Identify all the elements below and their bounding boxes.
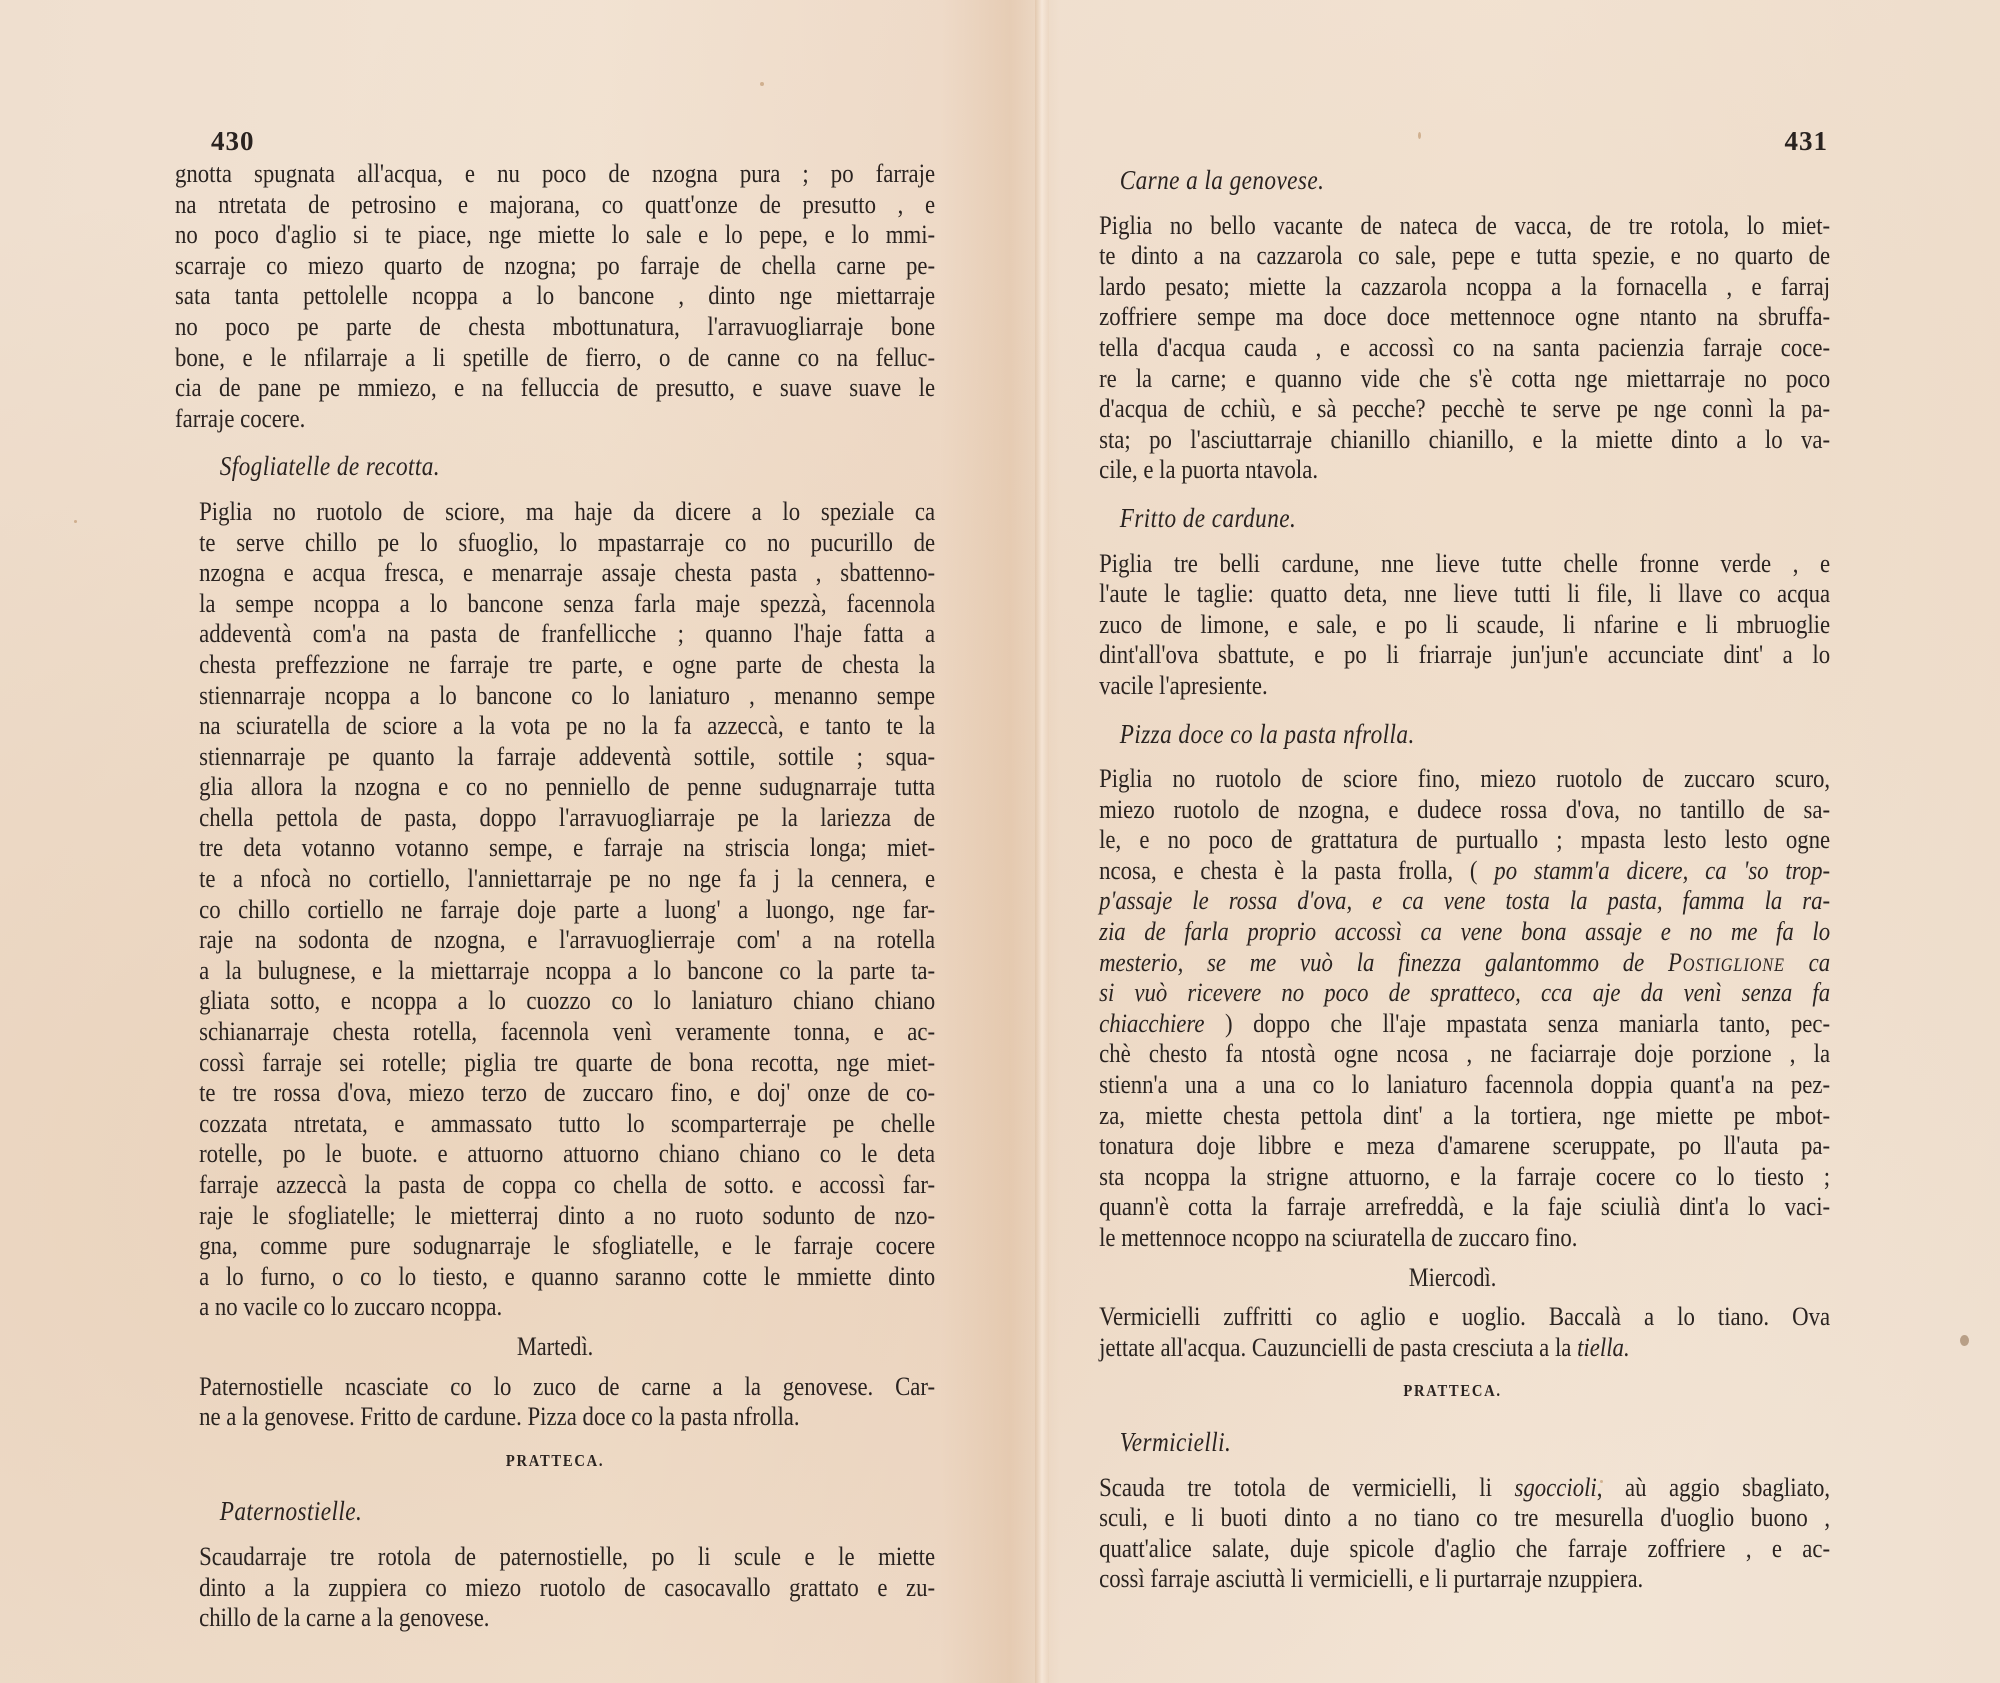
text-line: stiennarraje pe quanto la farraje addeve… [175,741,935,772]
text-line: zuco de limone, e sale, e po li scaude, … [1075,609,1830,640]
text-run: po stamm'a dicere, ca 'so trop- [1477,855,1830,885]
recipe-title: Paternostielle. [220,1496,935,1527]
text-line: stiennarraje ncoppa a lo bancone co lo l… [175,680,935,711]
continuation-paragraph: gnotta spugnata all'acqua, e nu poco de … [175,158,935,433]
paper-speck [74,520,77,523]
text-line: miezo ruotolo de nzogna, e dudece rossa … [1075,794,1830,825]
text-line: chillo de la carne a la genovese. [175,1602,935,1633]
text-line: sata tanta pettolelle ncoppa a lo bancon… [175,280,935,311]
text-line: te serve chillo pe lo sfuoglio, lo mpast… [175,527,935,558]
text-line: sta; po l'asciuttarraje chianillo chiani… [1075,424,1830,455]
text-line: Paternostielle ncasciate co lo zuco de c… [175,1371,935,1402]
text-run: tiella. [1577,1332,1630,1362]
text-line: a lo furno, o co lo tiesto, e quanno sar… [175,1261,935,1292]
section-label: PRATTECA. [175,1446,935,1477]
text-line: raje na sodonta de nzogna, e l'arravuogl… [175,924,935,955]
recipe-title: Vermicielli. [1120,1427,1830,1458]
text-line: gna, comme pure sodugnarraje le sfogliat… [175,1230,935,1261]
text-line: no poco pe parte de chesta mbottunatura,… [175,311,935,342]
text-line: tre deta votanno votanno sempe, e farraj… [175,832,935,863]
text-run: sgoccioli [1514,1472,1596,1502]
text-line: rotelle, po le buote. e attuorno attuorn… [175,1138,935,1169]
text-line: na sciuratella de sciore a la vota pe no… [175,710,935,741]
text-line: tonatura doje libbre e meza d'amarene sc… [1075,1130,1830,1161]
text-line: za, miette chesta pettola dint' a la tor… [1075,1100,1830,1131]
text-line: Piglia no bello vacante de nateca de vac… [1075,210,1830,241]
recipe-body: Piglia no ruotolo de sciore fino, miezo … [1075,763,1830,1253]
recipe-body: Scauda tre totola de vermicielli, li sgo… [1075,1472,1830,1594]
text-run: ncosa, e chesta è la pasta frolla, ( [1099,855,1477,885]
text-line: stienn'a una a una co lo laniaturo facen… [1075,1069,1830,1100]
page-number: 431 [1785,126,1829,157]
text-line: na ntretata de petrosino e majorana, co … [175,189,935,220]
paper-speck [1418,132,1421,139]
text-line: dint'all'ova sbattute, e po li friarraje… [1075,639,1830,670]
recipe-title: Carne a la genovese. [1120,165,1830,196]
text-run: ca [1785,947,1830,977]
author-name: Postiglione [1668,947,1785,977]
text-line: schianarraje chesta rotella, facennola v… [175,1016,935,1047]
section-label: PRATTECA. [1075,1376,1830,1407]
text-line: zia de farla proprio accossì ca vene bon… [1075,916,1830,947]
text-line: cossì farraje asciuttà li vermicielli, e… [1075,1563,1830,1594]
text-line: co chillo cortiello ne farraje doje part… [175,894,935,925]
text-line: le mettennoce ncoppo na sciuratella de z… [1075,1222,1830,1253]
paper-speck [760,82,764,86]
text-run: mesterio, se me vuò la finezza galantomm… [1099,947,1668,977]
recipe-body: Piglia no bello vacante de nateca de vac… [1075,210,1830,485]
book-spread: 430 gnotta spugnata all'acqua, e nu poco… [0,0,2000,1683]
day-heading: Martedì. [175,1332,935,1363]
text-line: farraje azzeccà la pasta de coppa co che… [175,1169,935,1200]
text-line: glia allora la nzogna e co no penniello … [175,771,935,802]
text-line: d'acqua de cchiù, e sà pecche? pecchè te… [1075,393,1830,424]
recipe-title: Fritto de cardune. [1120,503,1830,534]
text-line: nzogna e acqua fresca, e menarraje assaj… [175,557,935,588]
text-run: chiacchiere [1099,1008,1204,1038]
text-line: si vuò ricevere no poco de spratteco, cc… [1075,977,1830,1008]
menu-paragraph: Vermicielli zuffritti co aglio e uoglio.… [1075,1301,1830,1362]
text-line: cozzata ntretata, e ammassato tutto lo s… [175,1108,935,1139]
left-page: 430 gnotta spugnata all'acqua, e nu poco… [175,0,935,1683]
text-line: gnotta spugnata all'acqua, e nu poco de … [175,158,935,189]
text-line: quann'è cotta la farraje arrefreddà, e l… [1075,1191,1830,1222]
text-line: Piglia no ruotolo de sciore fino, miezo … [1075,763,1830,794]
paper-speck [1600,1480,1603,1483]
text-line: gliata sotto, e ncoppa a lo cuozzo co lo… [175,985,935,1016]
text-line: farraje cocere. [175,403,935,434]
text-line: te a nfocà no cortiello, l'anniettarraje… [175,863,935,894]
text-line: te tre rossa d'ova, miezo terzo de zucca… [175,1077,935,1108]
text-line: Piglia tre belli cardune, nne lieve tutt… [1075,548,1830,579]
page-number: 430 [211,126,255,157]
text-line: chè chesto fa ntostà ogne ncosa , ne fac… [1075,1038,1830,1069]
text-line: chella pettola de pasta, doppo l'arravuo… [175,802,935,833]
text-line: cile, e la puorta ntavola. [1075,454,1830,485]
text-run: Scauda tre totola de vermicielli, li [1099,1472,1514,1502]
text-line: a la bulugnese, e la miettarraje ncoppa … [175,955,935,986]
text-line: lardo pesato; miette la cazzarola ncoppa… [1075,271,1830,302]
text-run: , aù aggio sbagliato, [1597,1472,1830,1502]
text-line: tella d'acqua cauda , e accossì co na sa… [1075,332,1830,363]
recipe-title: Sfogliatelle de recotta. [220,451,935,482]
recipe-body: Piglia no ruotolo de sciore, ma haje da … [175,496,935,1322]
text-line: la sempe ncoppa a lo bancone senza farla… [175,588,935,619]
text-line: ne a la genovese. Fritto de cardune. Piz… [175,1401,935,1432]
text-line: scarraje co miezo quarto de nzogna; po f… [175,250,935,281]
text-line: cossì farraje sei rotelle; piglia tre qu… [175,1047,935,1078]
text-line: Vermicielli zuffritti co aglio e uoglio.… [1075,1301,1830,1332]
text-line: vacile l'apresiente. [1075,670,1830,701]
text-line: raje le sfogliatelle; le mietterraj dint… [175,1200,935,1231]
text-line: l'aute le taglie: quatto deta, nne lieve… [1075,578,1830,609]
text-line: chesta preffezzione ne farraje tre parte… [175,649,935,680]
book-gutter [1035,0,1049,1683]
recipe-body: Scaudarraje tre rotola de paternostielle… [175,1541,935,1633]
text-line: bone, e le nfilarraje a li spetille de f… [175,342,935,373]
text-line: sta ncoppa la strigne attuorno, e la far… [1075,1161,1830,1192]
text-line: Piglia no ruotolo de sciore, ma haje da … [175,496,935,527]
text-line: a no vacile co lo zuccaro ncoppa. [175,1291,935,1322]
text-line: sculi, e li buoti dinto a no tiano co tr… [1075,1502,1830,1533]
paper-speck [1960,1335,1969,1346]
recipe-title: Pizza doce co la pasta nfrolla. [1120,719,1830,750]
text-line: cia de pane pe mmiezo, e na felluccia de… [175,372,935,403]
text-line: dinto a la zuppiera co miezo ruotolo de … [175,1572,935,1603]
text-line: addeventà com'a na pasta de franfellicch… [175,618,935,649]
text-line: quatt'alice salate, duje spicole d'aglio… [1075,1533,1830,1564]
menu-paragraph: Paternostielle ncasciate co lo zuco de c… [175,1371,935,1432]
text-line: le, e no poco de grattatura de purtuallo… [1075,824,1830,855]
right-page: 431 Carne a la genovese. Piglia no bello… [1075,0,1830,1683]
text-line: te dinto a na cazzarola co sale, pepe e … [1075,240,1830,271]
text-run: ) doppo che ll'aje mpastata senza maniar… [1205,1008,1831,1038]
text-line: Scaudarraje tre rotola de paternostielle… [175,1541,935,1572]
left-page-text: gnotta spugnata all'acqua, e nu poco de … [175,158,935,1633]
text-line: p'assaje le rossa d'ova, e ca vene tosta… [1075,885,1830,916]
recipe-body: Piglia tre belli cardune, nne lieve tutt… [1075,548,1830,701]
text-run: jettate all'acqua. Cauzuncielli de pasta… [1099,1332,1577,1362]
text-line: re la carne; e quanno vide che s'è cotta… [1075,363,1830,394]
day-heading: Miercodì. [1075,1263,1830,1294]
text-line: no poco d'aglio si te piace, nge miette … [175,219,935,250]
right-page-text: Carne a la genovese. Piglia no bello vac… [1075,165,1830,1594]
text-line: zoffriere sempe ma doce doce mettennoce … [1075,301,1830,332]
